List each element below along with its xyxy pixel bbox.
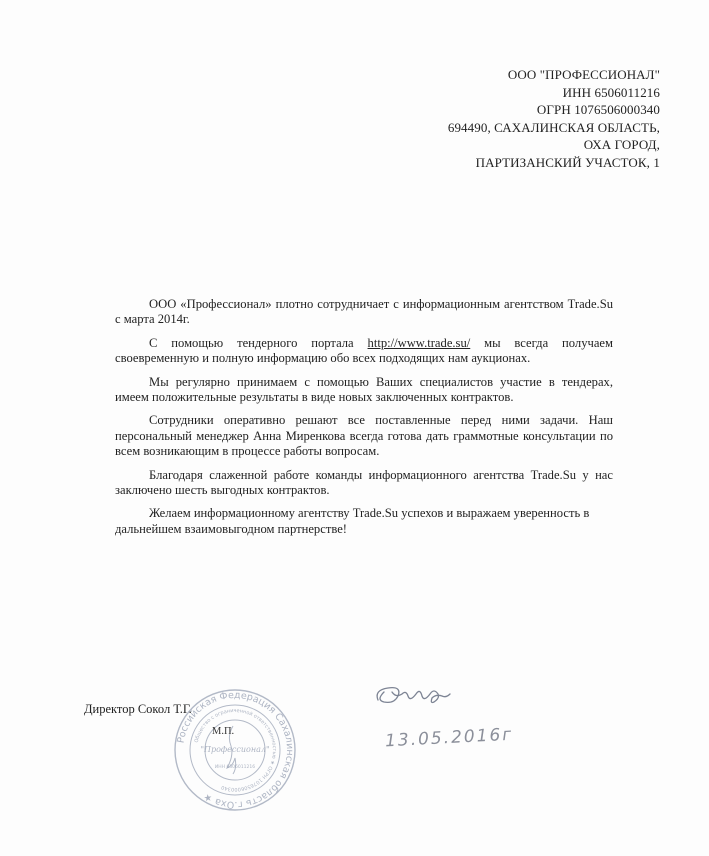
seal-mark-label: М.П. (212, 726, 234, 737)
paragraph-portal: С помощью тендерного портала http://www.… (115, 336, 613, 367)
paragraph-wishes: Желаем информационному агентству Trade.S… (115, 506, 613, 537)
sender-company: ООО "ПРОФЕССИОНАЛ" (448, 66, 660, 84)
letter-page: ООО "ПРОФЕССИОНАЛ" ИНН 6506011216 ОГРН 1… (0, 0, 709, 856)
svg-text:"Профессионал": "Профессионал" (200, 745, 269, 754)
handwritten-date: 13.05.2016г (385, 725, 514, 752)
sender-inn: ИНН 6506011216 (448, 84, 660, 102)
letter-body: ООО «Профессионал» плотно сотрудничает с… (115, 297, 613, 545)
sender-details: ООО "ПРОФЕССИОНАЛ" ИНН 6506011216 ОГРН 1… (448, 66, 660, 172)
portal-link[interactable]: http://www.trade.su/ (368, 336, 471, 350)
paragraph-contracts: Благодаря слаженной работе команды инфор… (115, 468, 613, 499)
sender-address-region: 694490, САХАЛИНСКАЯ ОБЛАСТЬ, (448, 119, 660, 137)
paragraph-tenders: Мы регулярно принимаем с помощью Ваших с… (115, 375, 613, 406)
handwritten-signature-icon (370, 682, 455, 712)
sender-address-city: ОХА ГОРОД, (448, 136, 660, 154)
portal-text-before: С помощью тендерного портала (149, 336, 368, 350)
director-signature-label: Директор Сокол Т.Г. (84, 702, 192, 717)
sender-ogrn: ОГРН 1076506000340 (448, 101, 660, 119)
paragraph-intro: ООО «Профессионал» плотно сотрудничает с… (115, 297, 613, 328)
sender-address-street: ПАРТИЗАНСКИЙ УЧАСТОК, 1 (448, 154, 660, 172)
paragraph-staff: Сотрудники оперативно решают все поставл… (115, 413, 613, 459)
svg-text:ИНН 6506011216: ИНН 6506011216 (215, 764, 255, 770)
